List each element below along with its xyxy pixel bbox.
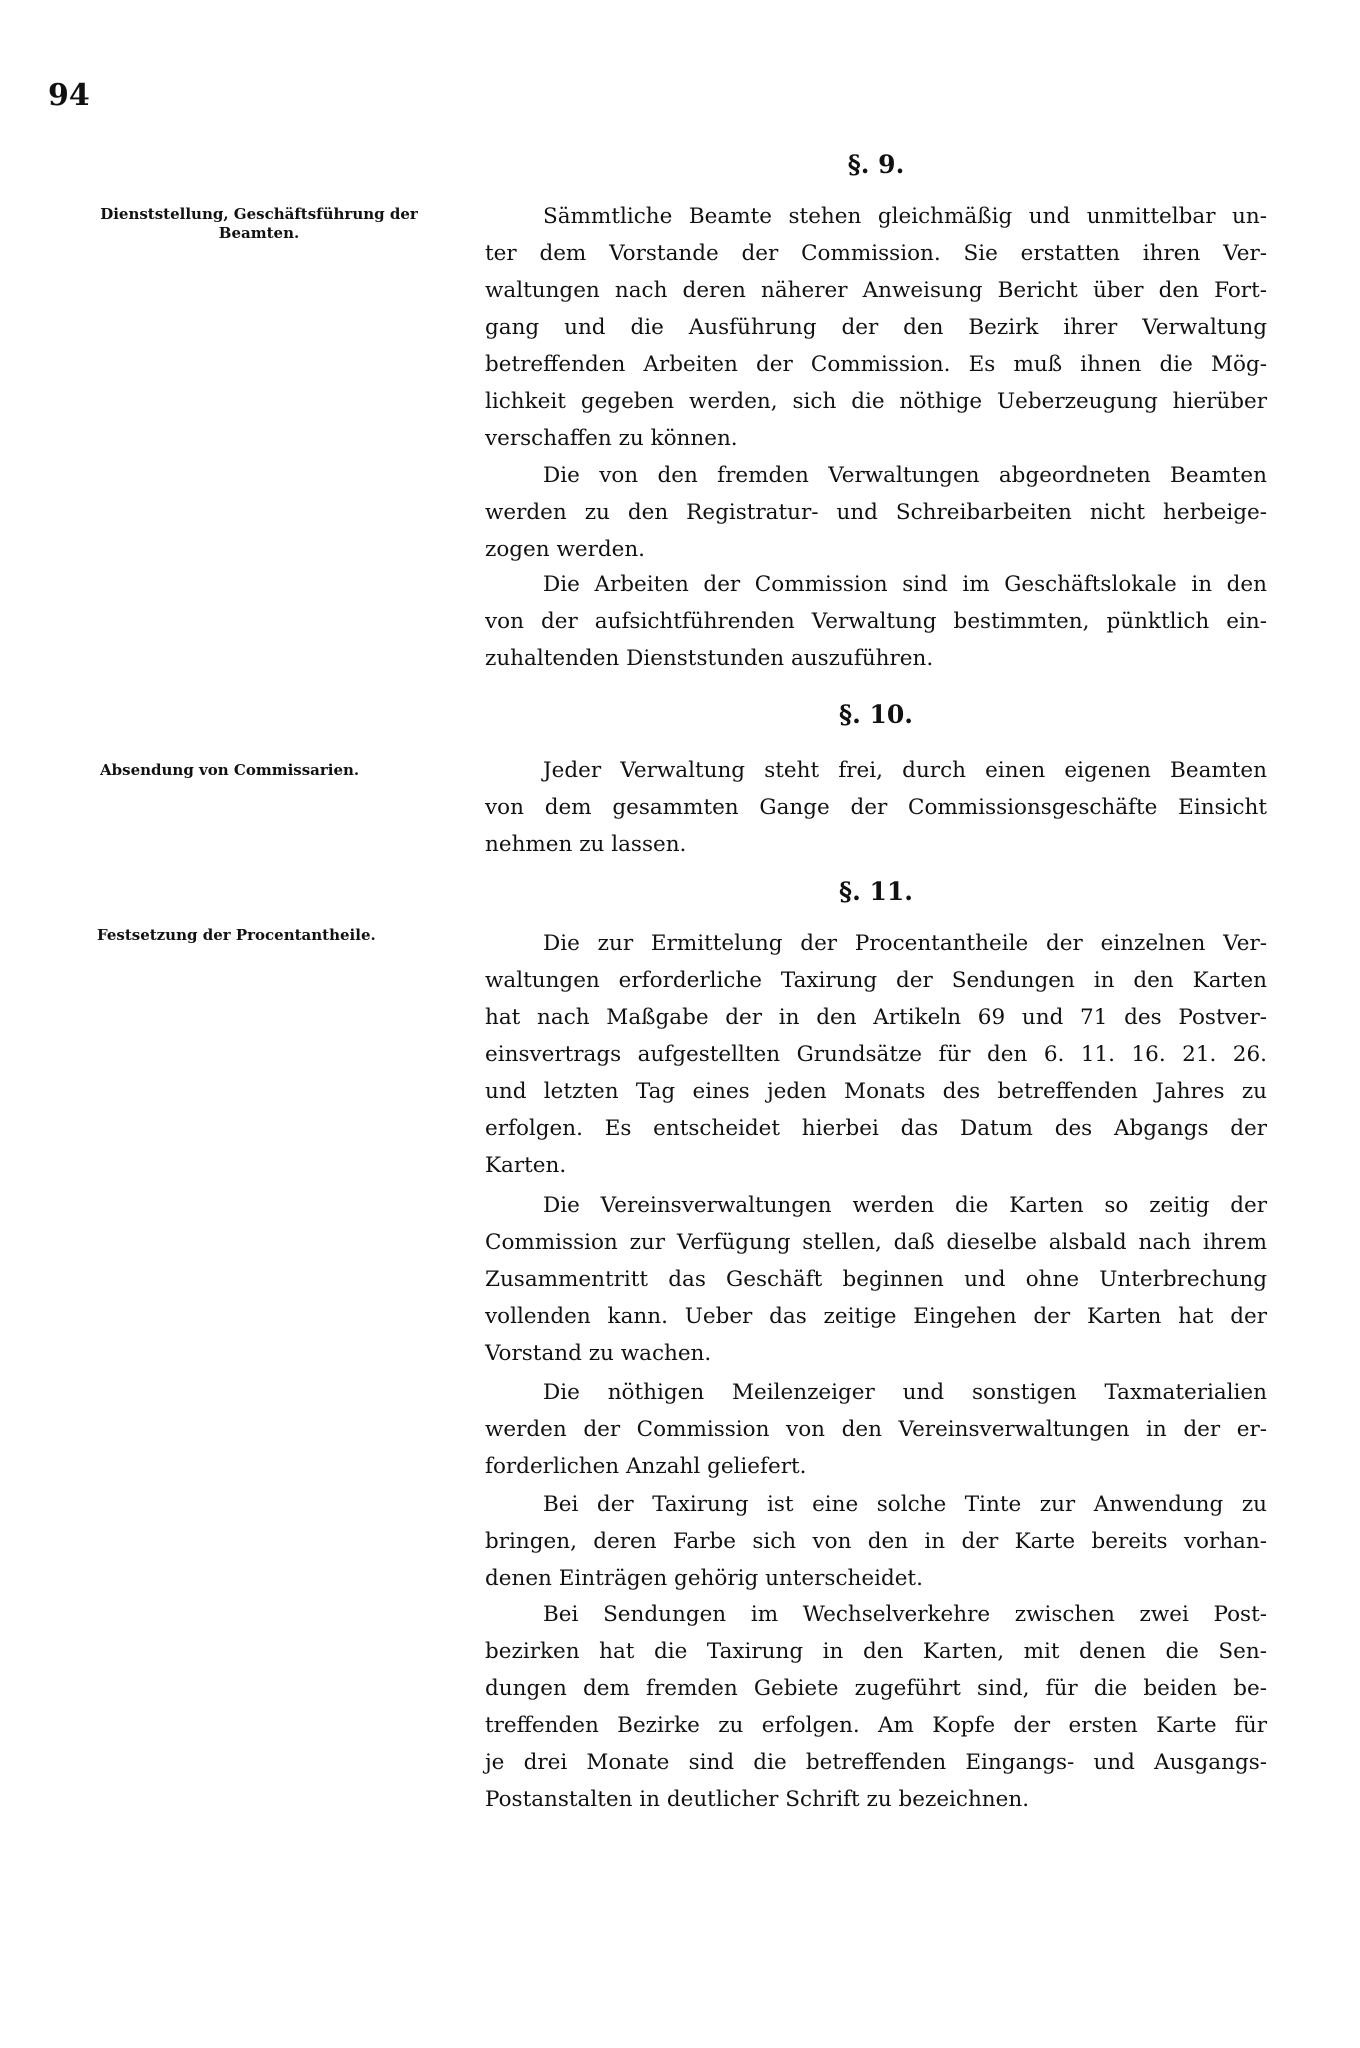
text-line: nehmen zu lassen. <box>485 826 1267 863</box>
text-line: Bei Sendungen im Wechselverkehre zwische… <box>485 1596 1267 1633</box>
text-line: dungen dem fremden Gebiete zugeführt sin… <box>485 1670 1267 1707</box>
text-line: ter dem Vorstande der Commission. Sie er… <box>485 235 1267 272</box>
paragraph: Bei der Taxirung ist eine solche Tinte z… <box>485 1486 1267 1597</box>
text-line: Vorstand zu wachen. <box>485 1335 1267 1372</box>
text-line: und letzten Tag eines jeden Monats des b… <box>485 1073 1267 1110</box>
margin-note-dienststellung: Dienststellung, Geschäftsführung der Bea… <box>58 205 460 243</box>
text-line: Die Vereinsverwaltungen werden die Karte… <box>485 1187 1267 1224</box>
text-line: Die nöthigen Meilenzeiger und sonstigen … <box>485 1374 1267 1411</box>
section-heading-9: §. 9. <box>485 150 1267 179</box>
text-line: Zusammentritt das Geschäft beginnen und … <box>485 1261 1267 1298</box>
text-line: Sämmtliche Beamte stehen gleichmäßig und… <box>485 198 1267 235</box>
text-line: waltungen nach deren näherer Anweisung B… <box>485 272 1267 309</box>
text-line: zuhaltenden Dienststunden auszuführen. <box>485 640 1267 677</box>
text-line: erfolgen. Es entscheidet hierbei das Dat… <box>485 1110 1267 1147</box>
text-line: werden zu den Registratur- und Schreibar… <box>485 494 1267 531</box>
text-line: Postanstalten in deutlicher Schrift zu b… <box>485 1781 1267 1818</box>
text-line: Bei der Taxirung ist eine solche Tinte z… <box>485 1486 1267 1523</box>
text-line: Die von den fremden Verwaltungen abgeord… <box>485 457 1267 494</box>
text-line: von dem gesammten Gange der Commissionsg… <box>485 789 1267 826</box>
text-line: zogen werden. <box>485 531 1267 568</box>
paragraph: Die nöthigen Meilenzeiger und sonstigen … <box>485 1374 1267 1485</box>
section-heading-11: §. 11. <box>485 877 1267 906</box>
text-line: Jeder Verwaltung steht frei, durch einen… <box>485 752 1267 789</box>
text-line: Commission zur Verfügung stellen, daß di… <box>485 1224 1267 1261</box>
text-line: gang und die Ausführung der den Bezirk i… <box>485 309 1267 346</box>
text-line: Die Arbeiten der Commission sind im Gesc… <box>485 566 1267 603</box>
paragraph: Jeder Verwaltung steht frei, durch einen… <box>485 752 1267 863</box>
text-line: hat nach Maßgabe der in den Artikeln 69 … <box>485 999 1267 1036</box>
text-line: Die zur Ermittelung der Procentantheile … <box>485 925 1267 962</box>
text-line: forderlichen Anzahl geliefert. <box>485 1448 1267 1485</box>
paragraph: Bei Sendungen im Wechselverkehre zwische… <box>485 1596 1267 1818</box>
paragraph: Die von den fremden Verwaltungen abgeord… <box>485 457 1267 568</box>
paragraph: Sämmtliche Beamte stehen gleichmäßig und… <box>485 198 1267 457</box>
text-line: waltungen erforderliche Taxirung der Sen… <box>485 962 1267 999</box>
text-line: vollenden kann. Ueber das zeitige Eingeh… <box>485 1298 1267 1335</box>
paragraph: Die zur Ermittelung der Procentantheile … <box>485 925 1267 1184</box>
text-line: verschaffen zu können. <box>485 420 1267 457</box>
section-heading-10: §. 10. <box>485 700 1267 729</box>
text-line: betreffenden Arbeiten der Commission. Es… <box>485 346 1267 383</box>
text-line: einsvertrags aufgestellten Grundsätze fü… <box>485 1036 1267 1073</box>
paragraph: Die Vereinsverwaltungen werden die Karte… <box>485 1187 1267 1372</box>
page-number: 94 <box>48 78 90 113</box>
text-line: je drei Monate sind die betreffenden Ein… <box>485 1744 1267 1781</box>
margin-note-absendung: Absendung von Commissarien. <box>100 761 420 780</box>
text-line: denen Einträgen gehörig unterscheidet. <box>485 1560 1267 1597</box>
margin-note-festsetzung: Festsetzung der Procentantheile. <box>97 926 437 945</box>
text-line: bezirken hat die Taxirung in den Karten,… <box>485 1633 1267 1670</box>
paragraph: Die Arbeiten der Commission sind im Gesc… <box>485 566 1267 677</box>
text-line: treffenden Bezirke zu erfolgen. Am Kopfe… <box>485 1707 1267 1744</box>
text-line: bringen, deren Farbe sich von den in der… <box>485 1523 1267 1560</box>
text-line: werden der Commission von den Vereinsver… <box>485 1411 1267 1448</box>
text-line: Karten. <box>485 1147 1267 1184</box>
text-line: von der aufsichtführenden Verwaltung bes… <box>485 603 1267 640</box>
text-line: lichkeit gegeben werden, sich die nöthig… <box>485 383 1267 420</box>
